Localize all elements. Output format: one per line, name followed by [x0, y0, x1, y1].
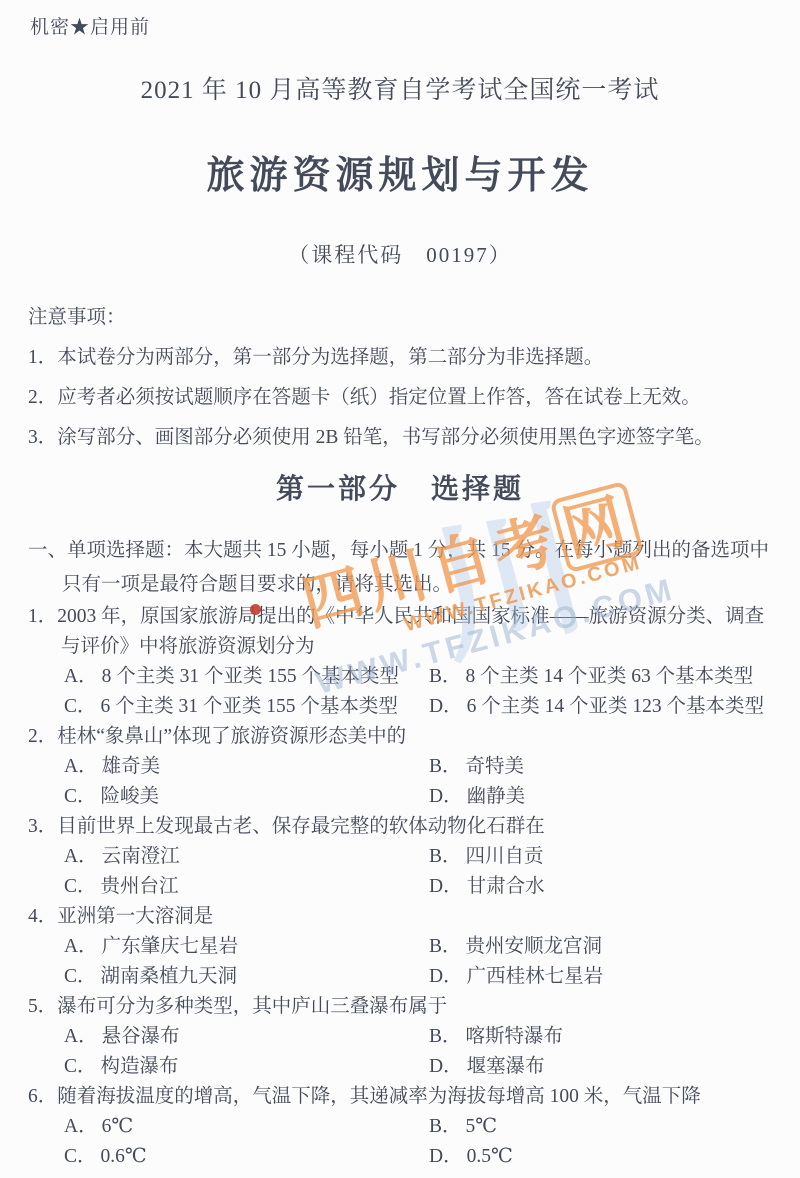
question-5-option-a: A．悬谷瀑布	[64, 1022, 429, 1052]
question-1-option-c: C．6 个主类 31 个亚类 155 个基本类型	[64, 692, 429, 722]
red-dot-mark	[250, 604, 261, 615]
section-title: 第一部分 选择题	[0, 470, 800, 510]
question-6-option-d: D．0.5℃	[429, 1142, 800, 1172]
question-4-option-c: C．湖南桑植九天洞	[64, 962, 429, 992]
question-4-option-b: B．贵州安顺龙宫洞	[429, 932, 800, 962]
section-instructions-line-2: 只有一项是最符合题目要求的，请将其选出。	[28, 568, 800, 602]
course-code: （课程代码 00197）	[0, 242, 800, 268]
question-3-option-b: B．四川自贡	[429, 842, 800, 872]
question-6-stem-text: 随着海拔温度的增高，气温下降，其递减率为海拔每增高 100 米，气温下降	[57, 1086, 701, 1107]
question-3-options-row-1: A．云南澄江 B．四川自贡	[28, 842, 800, 872]
section-instructions: 一、单项选择题：本大题共 15 小题，每小题 1 分，共 15 分。在每小题列出…	[28, 534, 800, 602]
question-2-option-a: A．雄奇美	[64, 752, 429, 782]
notes-title: 注意事项：	[28, 298, 800, 338]
question-4-stem-text: 亚洲第一大溶洞是	[57, 906, 213, 927]
question-list: 1．2003 年，原国家旅游局提出的《中华人民共和国国家标准——旅游资源分类、调…	[28, 602, 800, 1172]
exam-paper-page: 机密★启用前 2021 年 10 月高等教育自学考试全国统一考试 旅游资源规划与…	[0, 0, 800, 1178]
question-5-stem: 5．瀑布可分为多种类型，其中庐山三叠瀑布属于	[28, 992, 800, 1022]
question-6-number: 6．	[28, 1082, 57, 1112]
question-3-option-c: C．贵州台江	[64, 872, 429, 902]
question-4-stem: 4．亚洲第一大溶洞是	[28, 902, 800, 932]
question-1-options-row-1: A．8 个主类 31 个亚类 155 个基本类型 B．8 个主类 14 个亚类 …	[28, 662, 800, 692]
notes-section: 注意事项： 1．本试卷分为两部分，第一部分为选择题，第二部分为非选择题。 2．应…	[28, 298, 800, 458]
question-4-number: 4．	[28, 902, 57, 932]
question-1-options-row-2: C．6 个主类 31 个亚类 155 个基本类型 D．6 个主类 14 个亚类 …	[28, 692, 800, 722]
question-5: 5．瀑布可分为多种类型，其中庐山三叠瀑布属于 A．悬谷瀑布 B．喀斯特瀑布 C．…	[28, 992, 800, 1082]
question-1-stem: 1．2003 年，原国家旅游局提出的《中华人民共和国国家标准——旅游资源分类、调…	[28, 602, 800, 632]
question-5-options-row-1: A．悬谷瀑布 B．喀斯特瀑布	[28, 1022, 800, 1052]
question-2-stem: 2．桂林“象鼻山”体现了旅游资源形态美中的	[28, 722, 800, 752]
question-1-option-a: A．8 个主类 31 个亚类 155 个基本类型	[64, 662, 429, 692]
question-2: 2．桂林“象鼻山”体现了旅游资源形态美中的 A．雄奇美 B．奇特美 C．险峻美 …	[28, 722, 800, 812]
question-3-number: 3．	[28, 812, 57, 842]
question-3-option-a: A．云南澄江	[64, 842, 429, 872]
question-1-stem-text: 2003 年，原国家旅游局提出的《中华人民共和国国家标准——旅游资源分类、调查	[57, 606, 764, 627]
note-item-1: 1．本试卷分为两部分，第一部分为选择题，第二部分为非选择题。	[28, 338, 800, 378]
section-instructions-line-1: 一、单项选择题：本大题共 15 小题，每小题 1 分，共 15 分。在每小题列出…	[28, 534, 800, 568]
question-1-stem-line-2: 与评价》中将旅游资源划分为	[28, 632, 800, 662]
subject-title: 旅游资源规划与开发	[0, 152, 800, 200]
question-3: 3．目前世界上发现最古老、保存最完整的软体动物化石群在 A．云南澄江 B．四川自…	[28, 812, 800, 902]
question-6-stem: 6．随着海拔温度的增高，气温下降，其递减率为海拔每增高 100 米，气温下降	[28, 1082, 800, 1112]
question-2-option-d: D．幽静美	[429, 782, 800, 812]
question-1: 1．2003 年，原国家旅游局提出的《中华人民共和国国家标准——旅游资源分类、调…	[28, 602, 800, 722]
question-2-number: 2．	[28, 722, 57, 752]
question-6: 6．随着海拔温度的增高，气温下降，其递减率为海拔每增高 100 米，气温下降 A…	[28, 1082, 800, 1172]
question-4-option-a: A．广东肇庆七星岩	[64, 932, 429, 962]
question-2-options-row-1: A．雄奇美 B．奇特美	[28, 752, 800, 782]
question-6-options-row-1: A．6℃ B．5℃	[28, 1112, 800, 1142]
question-1-option-b: B．8 个主类 14 个亚类 63 个基本类型	[429, 662, 800, 692]
question-2-option-c: C．险峻美	[64, 782, 429, 812]
note-item-3: 3．涂写部分、画图部分必须使用 2B 铅笔，书写部分必须使用黑色字迹签字笔。	[28, 418, 800, 458]
classification-label: 机密★启用前	[30, 12, 150, 39]
question-3-option-d: D．甘肃合水	[429, 872, 800, 902]
question-5-option-b: B．喀斯特瀑布	[429, 1022, 800, 1052]
question-5-options-row-2: C．构造瀑布 D．堰塞瀑布	[28, 1052, 800, 1082]
question-1-option-d: D．6 个主类 14 个亚类 123 个基本类型	[429, 692, 800, 722]
question-2-options-row-2: C．险峻美 D．幽静美	[28, 782, 800, 812]
question-3-options-row-2: C．贵州台江 D．甘肃合水	[28, 872, 800, 902]
question-6-option-a: A．6℃	[64, 1112, 429, 1142]
question-2-stem-text: 桂林“象鼻山”体现了旅游资源形态美中的	[57, 726, 406, 747]
question-5-option-d: D．堰塞瀑布	[429, 1052, 800, 1082]
question-4-options-row-2: C．湖南桑植九天洞 D．广西桂林七星岩	[28, 962, 800, 992]
question-6-options-row-2: C．0.6℃ D．0.5℃	[28, 1142, 800, 1172]
question-5-stem-text: 瀑布可分为多种类型，其中庐山三叠瀑布属于	[57, 996, 447, 1017]
question-3-stem-text: 目前世界上发现最古老、保存最完整的软体动物化石群在	[57, 816, 545, 837]
question-6-option-b: B．5℃	[429, 1112, 800, 1142]
question-2-option-b: B．奇特美	[429, 752, 800, 782]
question-6-option-c: C．0.6℃	[64, 1142, 429, 1172]
question-1-number: 1．	[28, 602, 57, 632]
question-5-option-c: C．构造瀑布	[64, 1052, 429, 1082]
question-5-number: 5．	[28, 992, 57, 1022]
note-item-2: 2．应考者必须按试题顺序在答题卡（纸）指定位置上作答，答在试卷上无效。	[28, 378, 800, 418]
question-4: 4．亚洲第一大溶洞是 A．广东肇庆七星岩 B．贵州安顺龙宫洞 C．湖南桑植九天洞…	[28, 902, 800, 992]
question-4-option-d: D．广西桂林七星岩	[429, 962, 800, 992]
question-3-stem: 3．目前世界上发现最古老、保存最完整的软体动物化石群在	[28, 812, 800, 842]
question-4-options-row-1: A．广东肇庆七星岩 B．贵州安顺龙宫洞	[28, 932, 800, 962]
